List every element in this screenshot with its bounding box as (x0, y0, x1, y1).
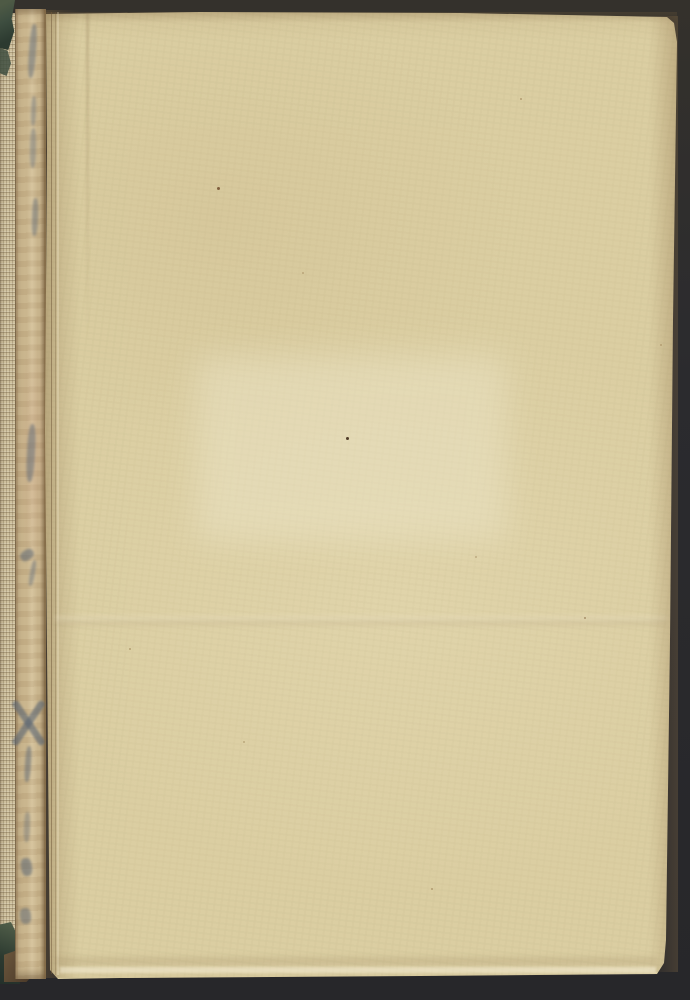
crayon-smudge (31, 198, 38, 236)
crayon-smudge (25, 424, 36, 482)
crayon-smudge (20, 857, 33, 876)
crayon-smudge (23, 812, 30, 842)
crayon-smudge (19, 907, 32, 924)
crayon-smudge (28, 560, 37, 586)
crayon-smudge (30, 128, 37, 168)
crayon-smudge (27, 24, 38, 78)
book-scan (0, 0, 690, 1000)
marks-layer (0, 0, 690, 1000)
crayon-smudge (24, 746, 32, 782)
crayon-smudge (30, 96, 36, 126)
